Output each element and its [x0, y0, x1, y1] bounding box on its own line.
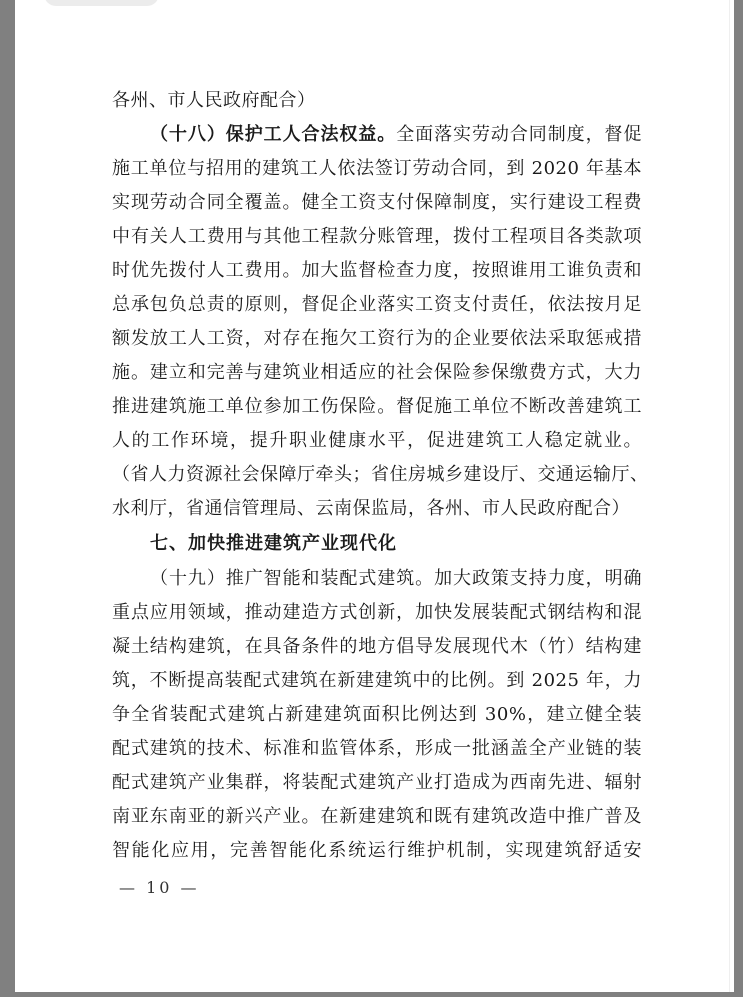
text-line: 施。建立和完善与建筑业相适应的社会保险参保缴费方式，大力	[112, 358, 642, 392]
text-line: 水利厅，省通信管理局、云南保监局，各州、市人民政府配合）	[112, 494, 642, 528]
text-line: 凝土结构建筑，在具备条件的地方倡导发展现代木（竹）结构建	[112, 632, 642, 666]
text-span: 全面落实劳动合同制度，督促	[396, 124, 642, 145]
text-line: 各州、市人民政府配合）	[112, 86, 642, 120]
text-line: 人的工作环境，提升职业健康水平，促进建筑工人稳定就业。	[112, 426, 642, 460]
text-line: 总承包负总责的原则，督促企业落实工资支付责任，依法按月足	[112, 290, 642, 324]
text-line: 南亚东南亚的新兴产业。在新建建筑和既有建筑改造中推广普及	[112, 802, 642, 836]
text-line: （省人力资源社会保障厅牵头；省住房城乡建设厅、交通运输厅、	[112, 460, 642, 494]
text-line: 中有关人工费用与其他工程款分账管理，拨付工程项目各类款项	[112, 222, 642, 256]
document-page: 各州、市人民政府配合） （十八）保护工人合法权益。全面落实劳动合同制度，督促 施…	[15, 0, 734, 992]
text-span: 加大政策支持力度，明确	[434, 568, 642, 589]
section-19-title: （十九）推广智能和装配式建筑。	[150, 568, 434, 589]
text-line: 重点应用领域，推动建造方式创新，加快发展装配式钢结构和混	[112, 598, 642, 632]
text-line: 筑，不断提高装配式建筑在新建建筑中的比例。到 2025 年，力	[112, 666, 642, 700]
text-line: 时优先拨付人工费用。加大监督检查力度，按照谁用工谁负责和	[112, 256, 642, 290]
text-line: 智能化应用，完善智能化系统运行维护机制，实现建筑舒适安	[112, 836, 642, 870]
text-line: 配式建筑产业集群，将装配式建筑产业打造成为西南先进、辐射	[112, 768, 642, 802]
page-edge-divider	[729, 0, 730, 992]
text-line: 额发放工人工资，对存在拖欠工资行为的企业要依法采取惩戒措	[112, 324, 642, 358]
section-18-title: （十八）保护工人合法权益。	[150, 124, 396, 145]
text-line: 争全省装配式建筑占新建建筑面积比例达到 30%，建立健全装	[112, 700, 642, 734]
paragraph-18-first-line: （十八）保护工人合法权益。全面落实劳动合同制度，督促	[112, 120, 642, 154]
text-line: 实现劳动合同全覆盖。健全工资支付保障制度，实行建设工程费	[112, 188, 642, 222]
document-body: 各州、市人民政府配合） （十八）保护工人合法权益。全面落实劳动合同制度，督促 施…	[112, 86, 642, 870]
text-line: 施工单位与招用的建筑工人依法签订劳动合同，到 2020 年基本	[112, 154, 642, 188]
text-line: 配式建筑的技术、标准和监管体系，形成一批涵盖全产业链的装	[112, 734, 642, 768]
section-7-heading: 七、加快推进建筑产业现代化	[112, 528, 642, 564]
paragraph-19-first-line: （十九）推广智能和装配式建筑。加大政策支持力度，明确	[112, 564, 642, 598]
text-line: 推进建筑施工单位参加工伤保险。督促施工单位不断改善建筑工	[112, 392, 642, 426]
page-number: — 10 —	[119, 878, 200, 897]
toolbar-pill[interactable]	[44, 0, 159, 6]
